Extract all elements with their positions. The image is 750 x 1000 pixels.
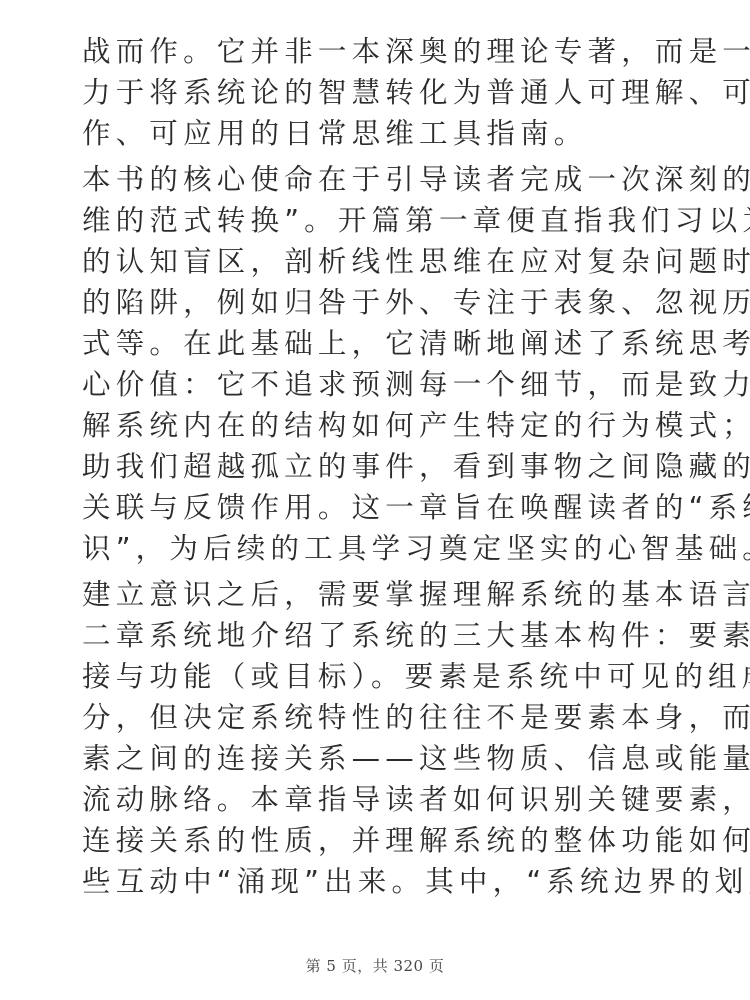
text-line: 分，但决定系统特性的往往不是要素本身，而是要 xyxy=(82,697,672,738)
text-line: 连接关系的性质，并理解系统的整体功能如何从这 xyxy=(82,820,672,861)
text-line: 识”，为后续的工具学习奠定坚实的心智基础。 xyxy=(82,528,672,569)
text-line: 些互动中“涌现”出来。其中，“系统边界的划定 xyxy=(82,861,672,902)
paragraph-2: 本书的核心使命在于引导读者完成一次深刻的“思 维的范式转换”。开篇第一章便直指我… xyxy=(82,159,672,569)
text-line: 心价值：它不追求预测每一个细节，而是致力于理 xyxy=(82,364,672,405)
text-line: 力于将系统论的智慧转化为普通人可理解、可操 xyxy=(82,72,672,113)
text-line: 素之间的连接关系——这些物质、信息或能量的 xyxy=(82,738,672,779)
text-line: 本书的核心使命在于引导读者完成一次深刻的“思 xyxy=(82,159,672,200)
text-line: 战而作。它并非一本深奥的理论专著，而是一部致 xyxy=(82,31,672,72)
text-line: 的陷阱，例如归咎于外、专注于表象、忽视历史模 xyxy=(82,282,672,323)
text-line: 流动脉络。本章指导读者如何识别关键要素，分析 xyxy=(82,779,672,820)
text-line: 作、可应用的日常思维工具指南。 xyxy=(82,113,672,154)
text-line: 式等。在此基础上，它清晰地阐述了系统思考的核 xyxy=(82,323,672,364)
text-line: 维的范式转换”。开篇第一章便直指我们习以为常 xyxy=(82,200,672,241)
text-line: 助我们超越孤立的事件，看到事物之间隐藏的相互 xyxy=(82,446,672,487)
paragraph-3: 建立意识之后，需要掌握理解系统的基本语言。第 二章系统地介绍了系统的三大基本构件… xyxy=(82,574,672,902)
document-page: 战而作。它并非一本深奥的理论专著，而是一部致 力于将系统论的智慧转化为普通人可理… xyxy=(82,31,672,907)
text-line: 建立意识之后，需要掌握理解系统的基本语言。第 xyxy=(82,574,672,615)
text-line: 的认知盲区，剖析线性思维在应对复杂问题时常见 xyxy=(82,241,672,282)
text-line: 关联与反馈作用。这一章旨在唤醒读者的“系统意 xyxy=(82,487,672,528)
text-line: 解系统内在的结构如何产生特定的行为模式；它帮 xyxy=(82,405,672,446)
text-line: 二章系统地介绍了系统的三大基本构件：要素、连 xyxy=(82,615,672,656)
text-line: 接与功能（或目标）。要素是系统中可见的组成部 xyxy=(82,656,672,697)
page-number-footer: 第 5 页，共 320 页 xyxy=(0,955,750,976)
paragraph-1: 战而作。它并非一本深奥的理论专著，而是一部致 力于将系统论的智慧转化为普通人可理… xyxy=(82,31,672,154)
